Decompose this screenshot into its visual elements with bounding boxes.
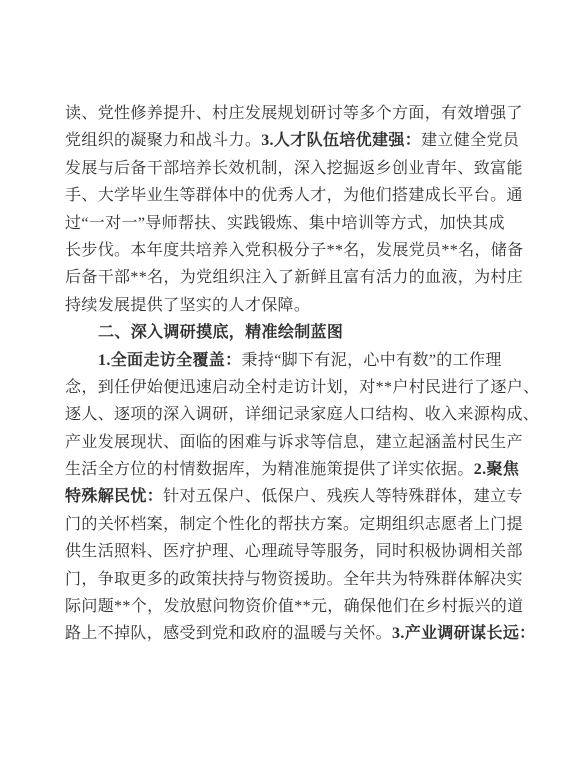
text-line: 发展与后备干部培养长效机制，深入挖掘返乡创业青年、致富能: [65, 155, 527, 182]
text-line: 后备干部**名，为党组织注入了新鲜且富有活力的血液，为村庄: [65, 264, 527, 291]
body-text: 针对五保户、低保户、残疾人等特殊群体，建立专: [163, 488, 523, 505]
text-line: 过“一对一”导师帮扶、实践锻炼、集中培训等方式，加快其成: [65, 210, 527, 237]
text-line: 产业发展现状、面临的困难与诉求等信息，建立起涵盖村民生产: [65, 429, 527, 456]
text-line: 际问题**个，发放慰问物资价值**元，确保他们在乡村振兴的道: [65, 593, 527, 620]
body-text: 发展与后备干部培养长效机制，深入挖掘返乡创业青年、致富能: [65, 160, 523, 177]
body-text: 读、党性修养提升、村庄发展规划研讨等多个方面，有效增强了: [65, 105, 523, 122]
body-text: 门的关怀档案，制定个性化的帮扶方案。定期组织志愿者上门提: [65, 516, 523, 533]
text-line: 党组织的凝聚力和战斗力。3.人才队伍培优建强：建立健全党员: [65, 127, 527, 154]
body-text: 产业发展现状、面临的困难与诉求等信息，建立起涵盖村民生产: [65, 434, 523, 451]
text-line: 供生活照料、医疗护理、心理疏导等服务，同时积极协调相关部: [65, 538, 527, 565]
body-text: 长步伐。本年度共培养入党积极分子**名，发展党员**名，储备: [65, 242, 524, 259]
body-text: 路上不掉队，感受到党和政府的温暖与关怀。: [65, 625, 392, 642]
body-text: 念，到任伊始便迅速启动全村走访计划，对**户村民进行了逐户、: [65, 379, 540, 396]
run-in-heading-text: 1.全面走访全覆盖：: [98, 352, 242, 369]
text-line: 门，争取更多的政策扶持与物资援助。全年共为特殊群体解决实: [65, 566, 527, 593]
run-in-heading-text: 3.人才队伍培优建强：: [261, 132, 421, 149]
body-text: 逐人、逐项的深入调研，详细记录家庭人口结构、收入来源构成、: [65, 406, 539, 423]
document-page: 读、党性修养提升、村庄发展规划研讨等多个方面，有效增强了党组织的凝聚力和战斗力。…: [0, 0, 586, 759]
text-line: 持续发展提供了坚实的人才保障。: [65, 292, 527, 319]
run-in-heading-text: 2.聚焦: [474, 461, 519, 478]
section-heading: 二、深入调研摸底，精准绘制蓝图: [65, 319, 527, 346]
text-line: 特殊解民忧：针对五保户、低保户、残疾人等特殊群体，建立专: [65, 483, 527, 510]
run-in-heading-text: 3.产业调研谋长远：: [392, 625, 536, 642]
text-line: 路上不掉队，感受到党和政府的温暖与关怀。3.产业调研谋长远：: [65, 620, 527, 647]
body-text: 党组织的凝聚力和战斗力。: [65, 132, 261, 149]
body-text: 后备干部**名，为党组织注入了新鲜且富有活力的血液，为村庄: [65, 269, 523, 286]
text-line: 读、党性修养提升、村庄发展规划研讨等多个方面，有效增强了: [65, 100, 527, 127]
body-text: 建立健全党员: [421, 132, 519, 149]
body-text: 生活全方位的村情数据库，为精准施策提供了详实依据。: [65, 461, 474, 478]
text-line: 1.全面走访全覆盖：秉持“脚下有泥，心中有数”的工作理: [65, 347, 527, 374]
body-text: 持续发展提供了坚实的人才保障。: [65, 297, 310, 314]
section-heading-text: 二、深入调研摸底，精准绘制蓝图: [98, 324, 343, 341]
body-text: 秉持“脚下有泥，心中有数”的工作理: [242, 352, 502, 369]
text-line: 逐人、逐项的深入调研，详细记录家庭人口结构、收入来源构成、: [65, 401, 527, 428]
document-text-block: 读、党性修养提升、村庄发展规划研讨等多个方面，有效增强了党组织的凝聚力和战斗力。…: [65, 100, 527, 648]
text-line: 长步伐。本年度共培养入党积极分子**名，发展党员**名，储备: [65, 237, 527, 264]
text-line: 念，到任伊始便迅速启动全村走访计划，对**户村民进行了逐户、: [65, 374, 527, 401]
text-line: 门的关怀档案，制定个性化的帮扶方案。定期组织志愿者上门提: [65, 511, 527, 538]
text-line: 生活全方位的村情数据库，为精准施策提供了详实依据。2.聚焦: [65, 456, 527, 483]
body-text: 手、大学毕业生等群体中的优秀人才，为他们搭建成长平台。通: [65, 187, 523, 204]
text-line: 手、大学毕业生等群体中的优秀人才，为他们搭建成长平台。通: [65, 182, 527, 209]
body-text: 供生活照料、医疗护理、心理疏导等服务，同时积极协调相关部: [65, 543, 523, 560]
body-text: 际问题**个，发放慰问物资价值**元，确保他们在乡村振兴的道: [65, 598, 524, 615]
body-text: 门，争取更多的政策扶持与物资援助。全年共为特殊群体解决实: [65, 571, 523, 588]
body-text: 过“一对一”导师帮扶、实践锻炼、集中培训等方式，加快其成: [65, 215, 505, 232]
run-in-heading-text: 特殊解民忧：: [65, 488, 163, 505]
